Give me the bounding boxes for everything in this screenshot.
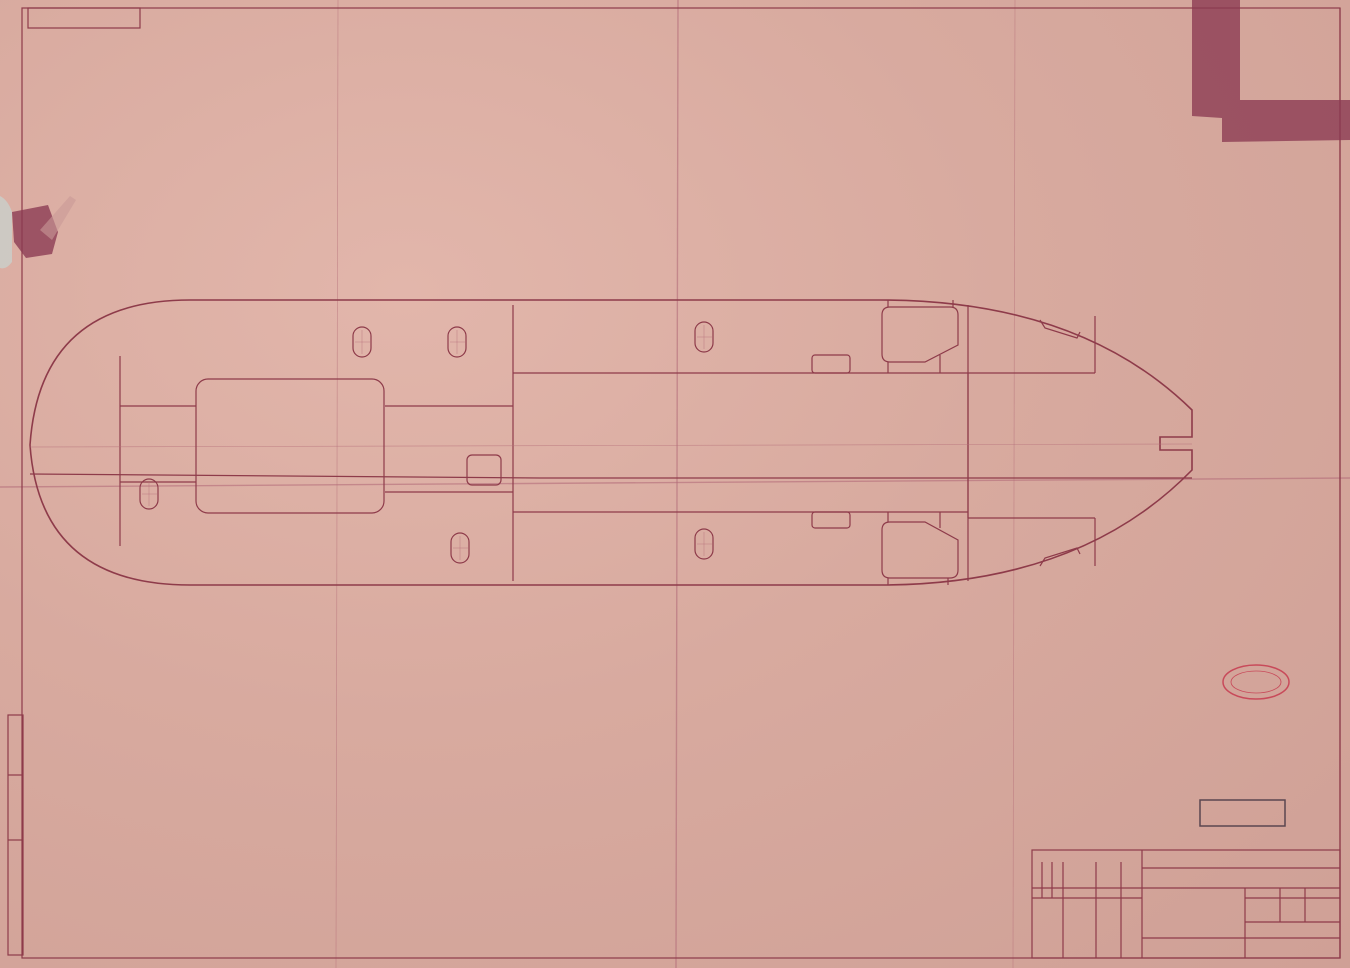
corner-stamp (28, 8, 140, 28)
left-archive-strip (8, 715, 23, 955)
plate-seams (30, 305, 1192, 581)
hull-outline (30, 300, 1192, 585)
title-block (1032, 850, 1340, 958)
horizontal-fold-line (0, 478, 1350, 487)
handwritten-thickness-note (1223, 665, 1289, 699)
blueprint-sheet (0, 0, 1350, 968)
small-hatch (467, 455, 501, 485)
manholes (140, 322, 713, 563)
deck-plate-drawing (0, 0, 1350, 968)
vertical-fold-line (676, 0, 678, 968)
deckhouse-openings (812, 300, 1080, 585)
laboratory-stamp (1223, 665, 1289, 699)
adhesive-tape (12, 0, 1350, 258)
otvetny-stamp (1200, 800, 1285, 826)
